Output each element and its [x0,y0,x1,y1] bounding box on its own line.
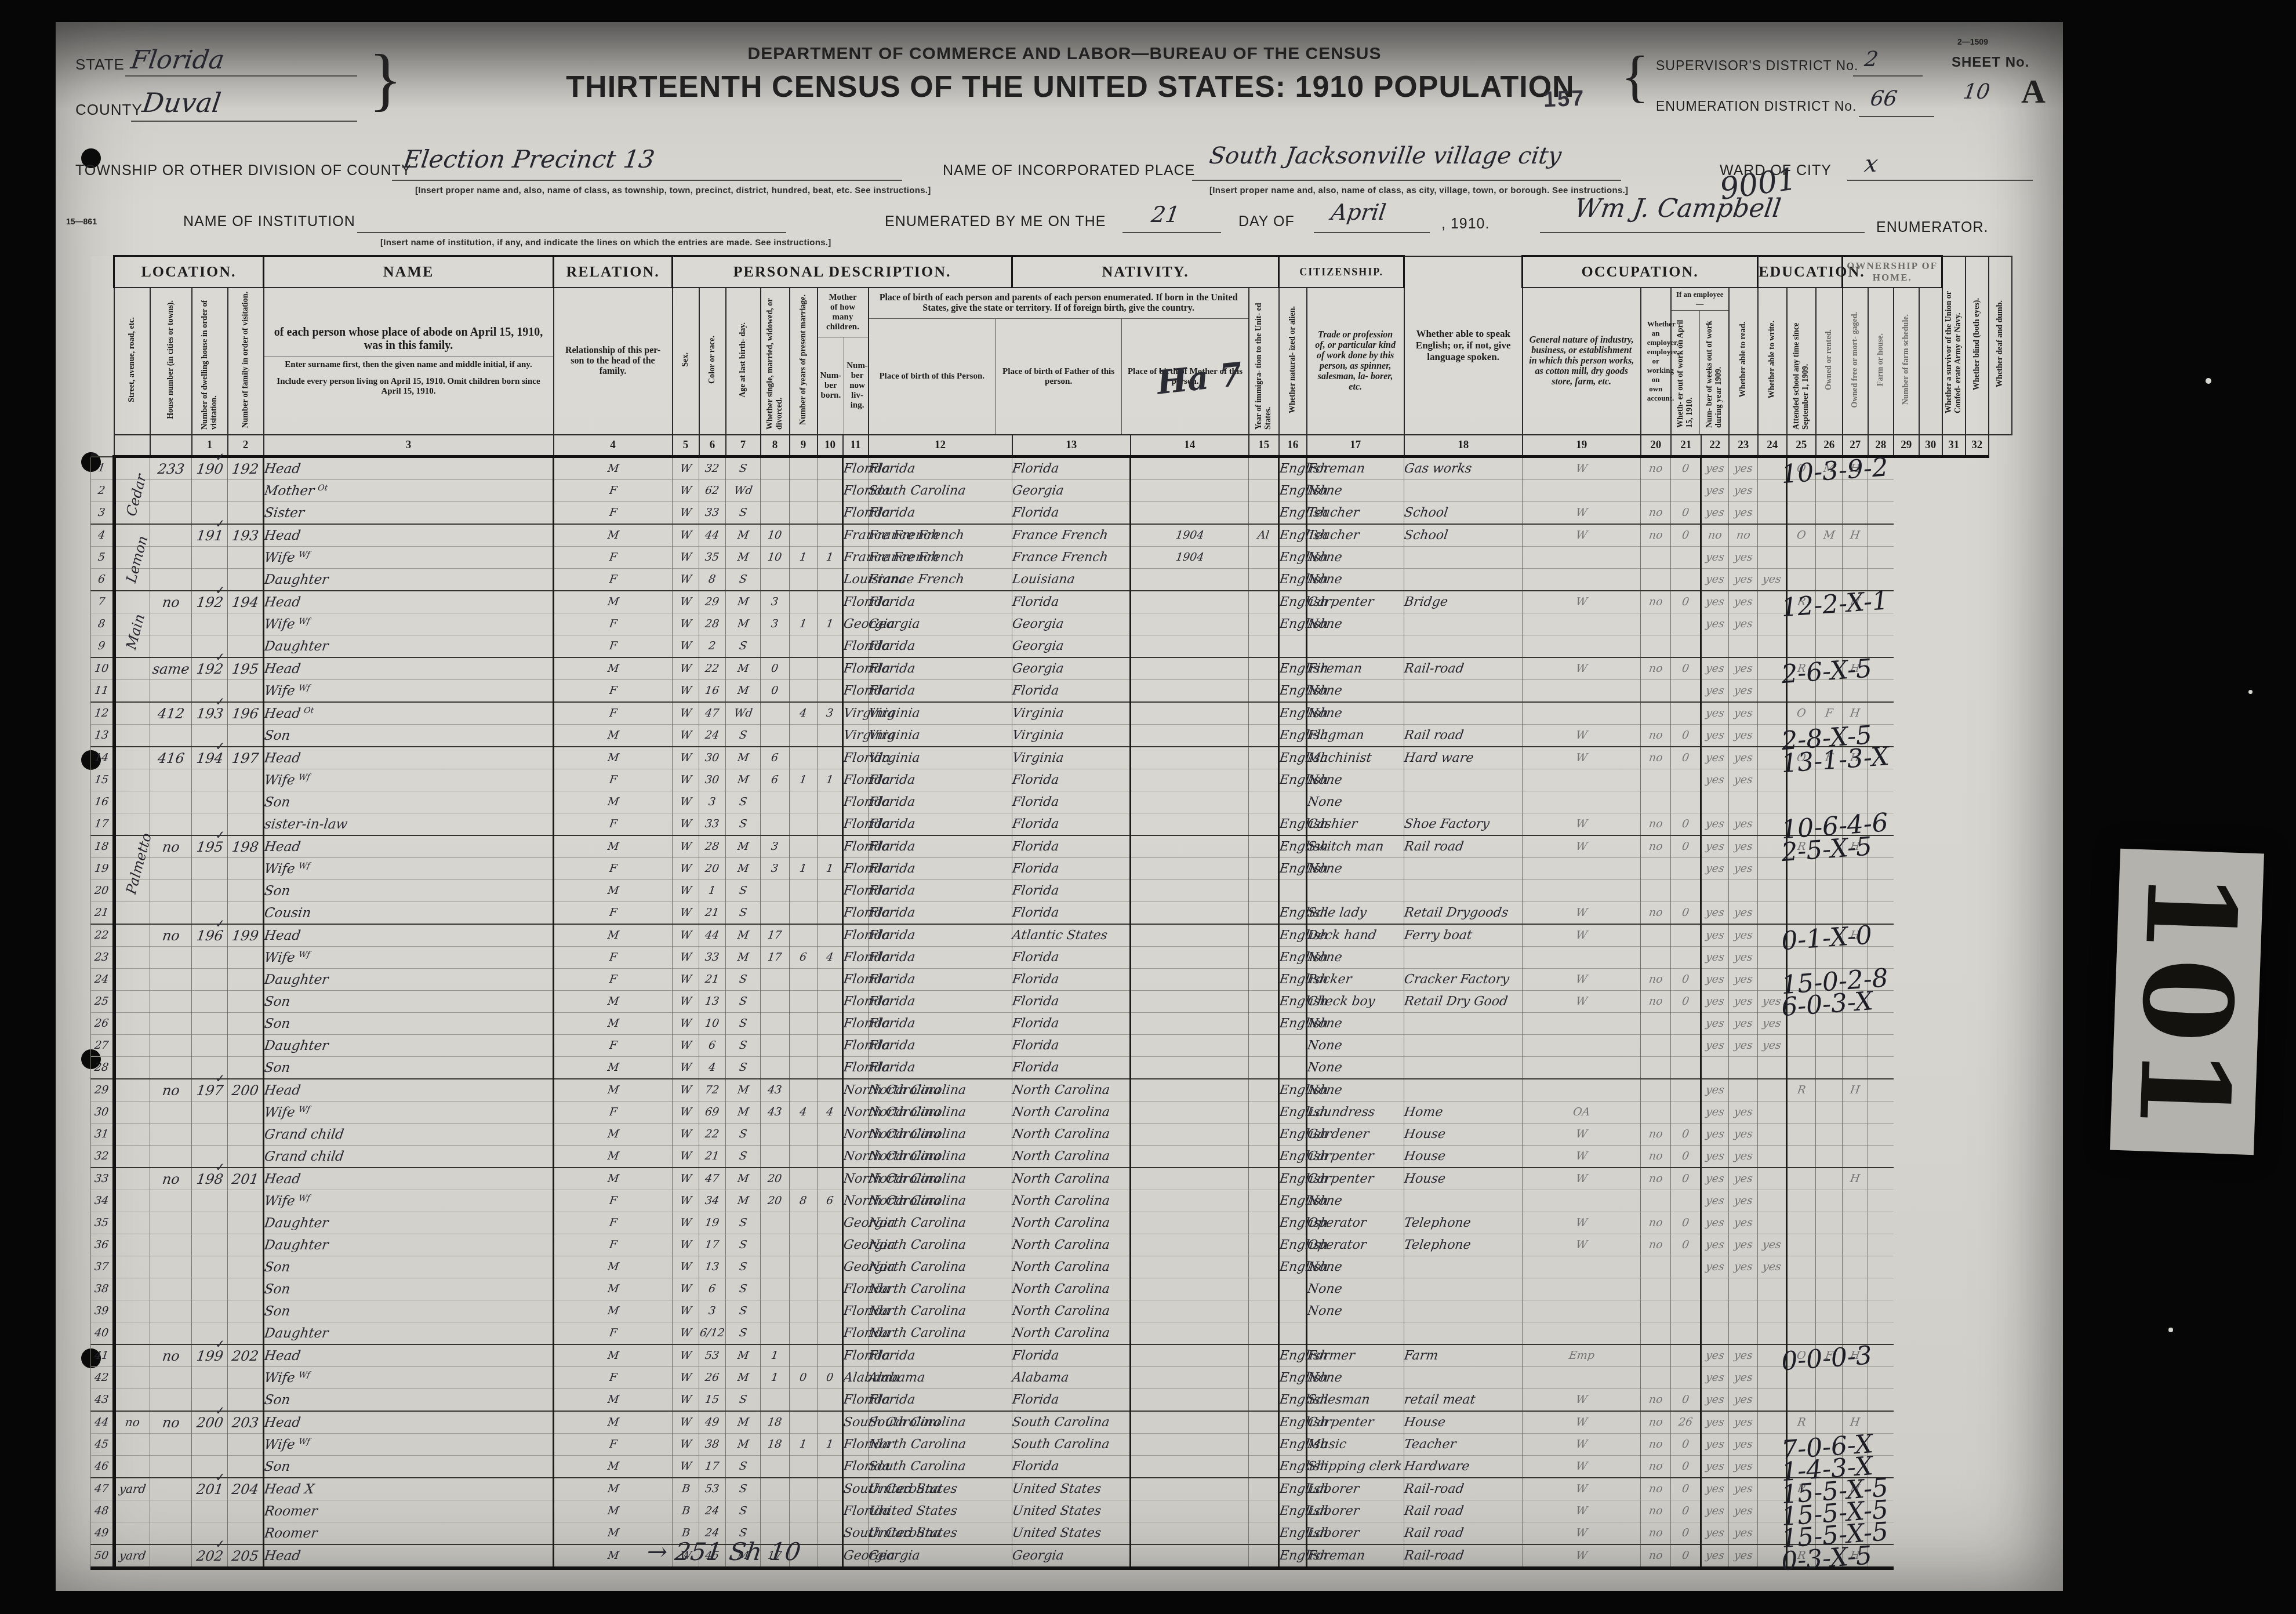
archive-reel-tag: 101 [2110,849,2264,1155]
cell-own-line3 [1787,502,1816,525]
mar-entry: M [736,1371,750,1384]
wks-entry: 0 [1681,1438,1690,1451]
cell-wks-line35: 0 [1671,1212,1701,1234]
cell-house-line14: 416 [150,747,192,769]
rd-entry: yes [1705,817,1725,830]
cell-rd-line4: no [1701,524,1729,547]
cell-house-line13 [150,725,192,747]
cell-fam-line23 [228,947,264,969]
rd-entry: yes [1705,684,1725,697]
cell-cl-line40 [818,1322,843,1345]
table-row: 30WifeWfFW69M4344North CarolinaNorth Car… [91,1102,2012,1124]
cell-nat-line15 [1249,769,1279,791]
cell-wr-line27: yes [1729,1035,1758,1057]
cell-dw-line35 [192,1212,228,1234]
color-entry: W [679,506,692,519]
table-row: 18Palmettono195✓198HeadMW28M3FloridaFlor… [91,835,2012,858]
sex-entry: F [608,906,617,919]
cell-mar-line1: S [726,457,761,480]
cell-sex-line37: M [554,1256,673,1278]
cell-color-line15: W [673,769,699,791]
cell-pm-line12: Virginia [1012,702,1131,725]
cell-color-line28: W [673,1057,699,1079]
cell-cls-line4: W [1523,524,1641,547]
cell-sex-line35: F [554,1212,673,1234]
cell-rel-line25: Son [264,991,554,1013]
pf-entry: North Carolina [867,1326,967,1340]
cell-out-line22 [1641,924,1671,947]
sex-entry: F [608,617,617,630]
cell-cl-line5: 1 [818,547,843,569]
cell-cls-line19 [1523,858,1641,880]
cell-cl-line28 [818,1057,843,1079]
cell-fam-line15 [228,769,264,791]
relation-entry: Head [263,706,301,721]
cell-pob-line37: Georgia [843,1256,869,1278]
cell-wr-line31: yes [1729,1124,1758,1146]
enumerated-label: ENUMERATED BY ME ON THE [885,213,1106,230]
cell-mar-line33: M [726,1168,761,1190]
cell-mar-line24: S [726,969,761,991]
cell-color-line47: B [673,1478,699,1500]
cell-rel-line43: Son [264,1389,554,1412]
cell-sex-line29: M [554,1079,673,1102]
cell-sex-line33: M [554,1168,673,1190]
cell-color-line29: W [673,1079,699,1102]
cell-nat-line13 [1249,725,1279,747]
rd-entry: yes [1705,484,1725,497]
ind-entry: Telephone [1403,1216,1472,1230]
signature-rule [1540,232,1865,233]
color-entry: W [679,1371,692,1384]
cell-sex-line5: F [554,547,673,569]
cell-sex-line40: F [554,1322,673,1345]
wr-entry: yes [1733,1393,1753,1406]
cell-cl-line41 [818,1344,843,1367]
age-entry: 21 [704,973,720,986]
cell-dw-line2 [192,480,228,502]
age-entry: 8 [708,573,717,586]
col-nativity: Place of birth of each person and parent… [869,288,1249,435]
cell-house-line5 [150,547,192,569]
cell-street-line25 [114,991,150,1013]
rd-entry: yes [1705,1039,1725,1052]
pm-entry: Florida [1011,461,1060,476]
cell-yrs-line44: 18 [761,1411,790,1434]
census-title: THIRTEENTH CENSUS OF THE UNITED STATES: … [531,70,1610,104]
fam-entry: 193 [231,528,260,544]
mar-entry: S [738,1482,747,1495]
age-entry: 13 [704,995,720,1008]
cell-pob-line19: Florida [843,858,869,880]
cell-imm-line22 [1131,924,1249,947]
cell-nat-line1 [1249,457,1279,480]
ind-entry: Hardware [1403,1459,1470,1474]
cell-n-line4: 4 [91,524,114,547]
col-school-label: Attended school any time since September… [1792,290,1810,430]
ind-entry: Hard ware [1403,751,1474,765]
col-sex: Sex. [673,288,699,435]
yrs-entry: 20 [767,1194,783,1207]
cell-imm-line48 [1131,1500,1249,1522]
cell-mar-line14: M [726,747,761,769]
occ-entry: Laborer [1306,1482,1360,1496]
cell-pf-line22: Florida [869,924,1012,947]
cell-yrs-line43 [761,1389,790,1412]
cell-rd-line39 [1701,1300,1729,1322]
wr-entry: yes [1733,1371,1753,1384]
pf-entry: Florida [867,661,916,676]
cell-lang-line39 [1279,1300,1307,1322]
cls-entry: W [1575,1482,1588,1495]
cell-yrs-line28 [761,1057,790,1079]
cell-pf-line29: North Carolina [869,1079,1012,1102]
cell-rel-line40: Daughter [264,1322,554,1345]
cell-rd-line44: yes [1701,1411,1729,1434]
n-entry: 47 [94,1482,110,1495]
rd-entry: yes [1705,1194,1725,1207]
pm-entry: Florida [1011,773,1060,787]
yrs-entry: 18 [767,1438,783,1451]
cell-lang-line38 [1279,1278,1307,1300]
cell-ind-line29 [1404,1079,1523,1102]
sex-entry: M [606,1393,620,1406]
pf-entry: Georgia [867,617,921,631]
color-entry: W [679,1238,692,1251]
cell-rel-line45: WifeWf [264,1434,554,1456]
color-entry: W [679,995,692,1008]
cell-nat-line27 [1249,1035,1279,1057]
cell-rd-line21: yes [1701,902,1729,925]
table-row: 15WifeWfFW30M611FloridaFloridaFloridaEng… [91,769,2012,791]
occ-entry: None [1306,550,1343,565]
sheet-letter: A [2021,72,2046,111]
table-row: 4Lemon191✓193HeadMW44M10France FrenchFra… [91,524,2012,547]
cell-cb-line46 [790,1456,818,1478]
cell-fam-line40 [228,1322,264,1345]
cell-n-line19: 19 [91,858,114,880]
cell-cl-line44 [818,1411,843,1434]
cell-rel-line6: Daughter [264,569,554,591]
cell-mar-line22: M [726,924,761,947]
cell-mar-line30: M [726,1102,761,1124]
nativity-desc: Place of birth of each person and parent… [869,288,1248,319]
wks-entry: 0 [1681,1460,1690,1473]
cell-color-line39: W [673,1300,699,1322]
cell-rd-line3: yes [1701,502,1729,525]
cell-cls-line15 [1523,769,1641,791]
cell-own-line36 [1787,1234,1816,1256]
cell-wr-line29 [1729,1079,1758,1102]
sch-entry: yes [1762,1017,1782,1030]
cell-occ-line7: Carpenter [1307,591,1404,613]
own-entry: O [1796,529,1807,541]
cell-own-line43 [1787,1389,1816,1412]
occ-entry: None [1306,706,1343,721]
sex-entry: F [608,1438,617,1451]
rd-entry: yes [1705,1172,1725,1185]
cell-street-line21 [114,902,150,925]
mar-entry: S [738,573,747,586]
col-read-label: Whether able to read. [1739,322,1748,397]
rd-entry: yes [1705,1393,1725,1406]
cell-out-line41 [1641,1344,1671,1367]
cb-entry: 0 [799,1371,808,1384]
wr-entry: yes [1733,751,1753,764]
out-entry: no [1648,1438,1663,1451]
house-entry: no [161,1348,181,1364]
cell-imm-line30 [1131,1102,1249,1124]
cell-ind-line49: Rail road [1404,1522,1523,1545]
cl-entry: 4 [825,1106,834,1118]
cell-mar-line38: S [726,1278,761,1300]
cell-rd-line37: yes [1701,1256,1729,1278]
cell-rel-line9: Daughter [264,635,554,658]
age-entry: 3 [708,1304,717,1317]
cell-sex-line48: M [554,1500,673,1522]
imm-entry: 1904 [1175,551,1204,564]
col-marital-label: Whether single, married, widowed, or div… [766,290,784,430]
cell-house-line31 [150,1124,192,1146]
rd-entry: yes [1705,1460,1725,1473]
pm-entry: United States [1011,1526,1102,1540]
group-relation: RELATION. [554,256,673,288]
sex-entry: M [606,1260,620,1273]
age-entry: 29 [704,595,720,608]
cell-ind-line32: House [1404,1146,1523,1168]
cell-imm-line29 [1131,1079,1249,1102]
cell-cl-line19: 1 [818,858,843,880]
cell-street-line30 [114,1102,150,1124]
relation-entry: Wife [263,1437,296,1452]
state-label: STATE [75,56,125,74]
col-number-22: 22 [1701,435,1729,457]
cell-wks-line41 [1671,1344,1701,1367]
cell-cb-line31 [790,1124,818,1146]
enumdist-rule [1859,116,1934,117]
cell-occ-line31: Gardener [1307,1124,1404,1146]
out-entry: no [1648,995,1663,1008]
cell-pf-line5: France French [869,547,1012,569]
cell-pob-line44: South Carolina [843,1411,869,1434]
cell-house-line11 [150,680,192,703]
cell-wks-line50: 0 [1671,1544,1701,1568]
cell-rd-line41: yes [1701,1344,1729,1367]
cell-fs-line27 [1868,1035,1894,1057]
age-entry: 20 [704,862,720,875]
mar-entry: S [738,973,747,986]
cell-rel-line33: Head [264,1168,554,1190]
cell-sex-line43: M [554,1389,673,1412]
occ-entry: Farmer [1306,1348,1356,1363]
col-color: Color or race. [699,288,726,435]
cell-lang-line19: English [1279,858,1307,880]
cell-wks-line43: 0 [1671,1389,1701,1412]
dwelling-checkmark: ✓ [215,583,225,598]
cell-yrs-line7: 3 [761,591,790,613]
cell-mar-line29: M [726,1079,761,1102]
occ-entry: Music [1306,1437,1347,1452]
cell-wr-line42: yes [1729,1367,1758,1389]
cell-out-line6 [1641,569,1671,591]
cell-occ-line23: None [1307,947,1404,969]
yrs-entry: 17 [767,951,783,964]
cell-out-line42 [1641,1367,1671,1389]
cell-fh-line5 [1843,547,1868,569]
cell-nat-line40 [1249,1322,1279,1345]
cell-cb-line12: 4 [790,702,818,725]
cl-entry: 4 [825,951,834,964]
cell-ind-line25: Retail Dry Good [1404,991,1523,1013]
cell-nat-line42 [1249,1367,1279,1389]
cell-fs-line28 [1868,1057,1894,1079]
cell-age-line42: 26 [699,1367,726,1389]
col-employer-class-label: Whether an employer, employee, or workin… [1641,316,1670,406]
sex-entry: M [606,1172,620,1185]
cell-color-line18: W [673,835,699,858]
cell-fam-line29: 200 [228,1079,264,1102]
cell-street-line18: Palmetto [114,835,150,858]
cell-n-line31: 31 [91,1124,114,1146]
pm-entry: North Carolina [1011,1282,1111,1296]
relation-entry: Wife [263,773,296,788]
relation-entry: Son [263,1304,291,1319]
cell-color-line34: W [673,1190,699,1212]
rd-entry: yes [1705,1416,1725,1428]
cls-entry: W [1575,817,1588,830]
cell-fs-line20 [1868,880,1894,902]
cell-rel-line11: WifeWf [264,680,554,703]
cell-sex-line2: F [554,480,673,502]
cell-ind-line48: Rail road [1404,1500,1523,1522]
ind-entry: Teacher [1403,1437,1457,1452]
cell-mar-line9: S [726,635,761,658]
cell-dw-line41: 199✓ [192,1344,228,1367]
cell-sex-line17: F [554,813,673,836]
cell-imm-line6 [1131,569,1249,591]
pf-entry: Florida [867,1038,916,1053]
cell-n-line16: 16 [91,791,114,813]
cell-dw-line36 [192,1234,228,1256]
cell-color-line46: W [673,1456,699,1478]
cell-sex-line16: M [554,791,673,813]
n-entry: 9 [97,639,106,652]
n-entry: 6 [97,573,106,586]
cell-fam-line17 [228,813,264,836]
cell-cb-line28 [790,1057,818,1079]
cell-occ-line36: Operator [1307,1234,1404,1256]
pf-entry: Florida [867,950,916,965]
rd-entry: yes [1705,1438,1725,1451]
out-entry: no [1648,1150,1663,1162]
sex-entry: M [606,929,620,941]
cell-pm-line37: North Carolina [1012,1256,1131,1278]
cell-cl-line46 [818,1456,843,1478]
table-row: 9DaughterFW2SFloridaFloridaGeorgia [91,635,2012,658]
cell-fam-line20 [228,880,264,902]
pf-entry: Georgia [867,1548,921,1563]
year-label: , 1910. [1441,216,1490,232]
cell-fh-line36 [1843,1234,1868,1256]
rd-entry: yes [1705,751,1725,764]
cell-nat-line44 [1249,1411,1279,1434]
sch-entry: yes [1762,1039,1782,1052]
cell-rel-line36: Daughter [264,1234,554,1256]
color-entry: W [679,1106,692,1118]
cell-yrs-line42: 1 [761,1367,790,1389]
table-row: 1Cedar233190✓192HeadMW32SFloridaFloridaF… [91,457,2012,480]
table-row: 27DaughterFW6SFloridaFloridaFloridaNoney… [91,1035,2012,1057]
cell-fh-line33: H [1843,1168,1868,1190]
cell-out-line8 [1641,613,1671,635]
sex-entry: F [608,973,617,986]
cell-mar-line23: M [726,947,761,969]
cell-ind-line41: Farm [1404,1344,1523,1367]
cell-cb-line14 [790,747,818,769]
cell-cls-line41: Emp [1523,1344,1641,1367]
age-entry: 17 [704,1460,720,1473]
occ-entry: Switch man [1306,839,1385,854]
cell-mar-line43: S [726,1389,761,1412]
cell-dw-line47: 201✓ [192,1478,228,1500]
cell-pob-line29: North Carolina [843,1079,869,1102]
cell-fam-line45 [228,1434,264,1456]
cell-rel-line18: Head [264,835,554,858]
cell-lang-line2: English [1279,480,1307,502]
col-blind: Whether blind (both eyes). [1966,256,1989,435]
mar-entry: M [736,529,750,541]
cell-imm-line39 [1131,1300,1249,1322]
pf-entry: United States [867,1504,958,1518]
cell-ind-line33: House [1404,1168,1523,1190]
cell-wks-line37 [1671,1256,1701,1278]
cell-sex-line38: M [554,1278,673,1300]
relation-entry: Mother [263,484,315,499]
cell-wks-line10: 0 [1671,657,1701,680]
cell-color-line41: W [673,1344,699,1367]
cell-mar-line7: M [726,591,761,613]
cell-rel-line1: Head [264,457,554,480]
pm-entry: North Carolina [1011,1083,1111,1097]
cell-rd-line40 [1701,1322,1729,1345]
mar-entry: S [738,462,747,475]
cell-mar-line26: S [726,1013,761,1035]
cell-fm-line43 [1816,1389,1843,1412]
relation-entry: Son [263,884,291,899]
cell-house-line42 [150,1367,192,1389]
cell-out-line31: no [1641,1124,1671,1146]
cell-lang-line1: English [1279,457,1307,480]
n-entry: 18 [94,840,110,853]
cell-sex-line36: F [554,1234,673,1256]
cell-street-line43 [114,1389,150,1412]
mar-entry: S [738,795,747,808]
cell-cb-line44 [790,1411,818,1434]
cell-cb-line35 [790,1212,818,1234]
pf-entry: North Carolina [867,1194,967,1208]
cell-pob-line11: Florida [843,680,869,703]
pf-entry: Virginia [867,728,921,743]
cell-fam-line19 [228,858,264,880]
cell-pob-line12: Virginia [843,702,869,725]
cell-yrs-line41: 1 [761,1344,790,1367]
ind-entry: Farm [1403,1348,1439,1363]
cell-house-line29: no [150,1079,192,1102]
fam-entry: 202 [231,1348,260,1364]
occ-entry: None [1306,1371,1343,1385]
col-number-14: 14 [1131,435,1249,457]
cell-street-line11 [114,680,150,703]
